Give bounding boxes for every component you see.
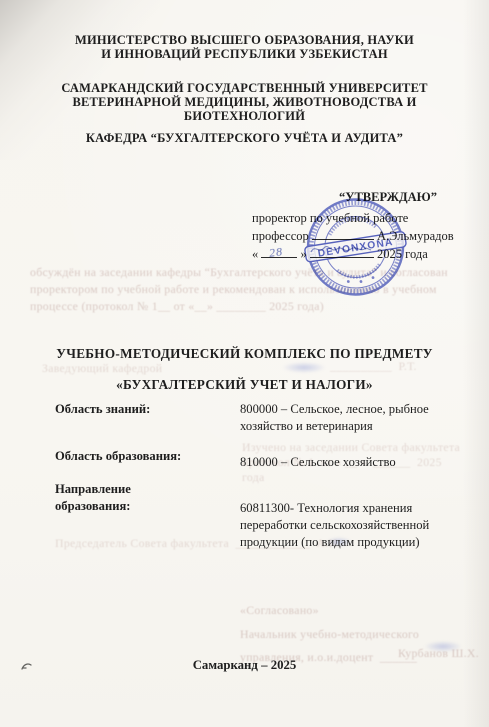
umk-title-line2: «БУХГАЛТЕРСКИЙ УЧЕТ И НАЛОГИ»: [0, 377, 489, 393]
handwritten-day: 28: [268, 242, 284, 262]
bleedthrough-text: Заведующий кафедрой: [42, 361, 162, 376]
university-line: ВЕТЕРИНАРНОЙ МЕДИЦИНЫ, ЖИВОТНОВОДСТВА И: [0, 95, 489, 109]
info-value: 800000 – Сельское, лесное, рыбное хозяйс…: [240, 401, 467, 435]
ministry-line: МИНИСТЕРСТВО ВЫСШЕГО ОБРАЗОВАНИЯ, НАУКИ: [0, 33, 489, 47]
info-label: Область образования:: [55, 448, 240, 471]
university-name: САМАРКАНДСКИЙ ГОСУДАРСТВЕННЫЙ УНИВЕРСИТЕ…: [0, 81, 489, 123]
stamp-bleedthrough-smudge: [282, 362, 326, 373]
ministry-name: МИНИСТЕРСТВО ВЫСШЕГО ОБРАЗОВАНИЯ, НАУКИ …: [0, 33, 489, 61]
footer-location-year: Самарканд – 2025: [0, 658, 489, 673]
university-line: БИОТЕХНОЛОГИЙ: [0, 109, 489, 123]
umk-title-line1: УЧЕБНО-МЕТОДИЧЕСКИЙ КОМПЛЕКС ПО ПРЕДМЕТУ: [0, 346, 489, 362]
info-row-education-area: Область образования: 810000 – Сельское х…: [55, 448, 467, 471]
department-name: КАФЕДРА “БУХГАЛТЕРСКОГО УЧЁТА И АУДИТА”: [0, 131, 489, 145]
info-value: 60811300- Технология хранения переработк…: [240, 481, 467, 551]
university-line: САМАРКАНДСКИЙ ГОСУДАРСТВЕННЫЙ УНИВЕРСИТЕ…: [0, 81, 489, 95]
info-row-education-direction: Направление образования: 60811300- Техно…: [55, 481, 467, 551]
bleedthrough-text: «Согласовано»: [240, 603, 319, 618]
info-label: Направление образования:: [55, 481, 240, 551]
quote-open: «: [252, 247, 258, 261]
devonxona-stamp-icon: DEVONXONA: [297, 190, 414, 305]
bleedthrough-text: Начальник учебно-методического: [240, 627, 419, 642]
info-value: 810000 – Сельское хозяйство: [240, 448, 467, 471]
info-label: Область знаний:: [55, 401, 240, 435]
info-row-knowledge-area: Область знаний: 800000 – Сельское, лесно…: [55, 401, 467, 435]
bleedthrough-text: процессе (протокол № 1__ от «__» _______…: [30, 299, 477, 314]
ministry-line: И ИННОВАЦИЙ РЕСПУБЛИКИ УЗБЕКИСТАН: [0, 47, 489, 61]
scanned-document-page: обсуждён на заседании кафедры “Бухгалтер…: [0, 0, 489, 727]
date-day-line: 28: [261, 246, 297, 258]
